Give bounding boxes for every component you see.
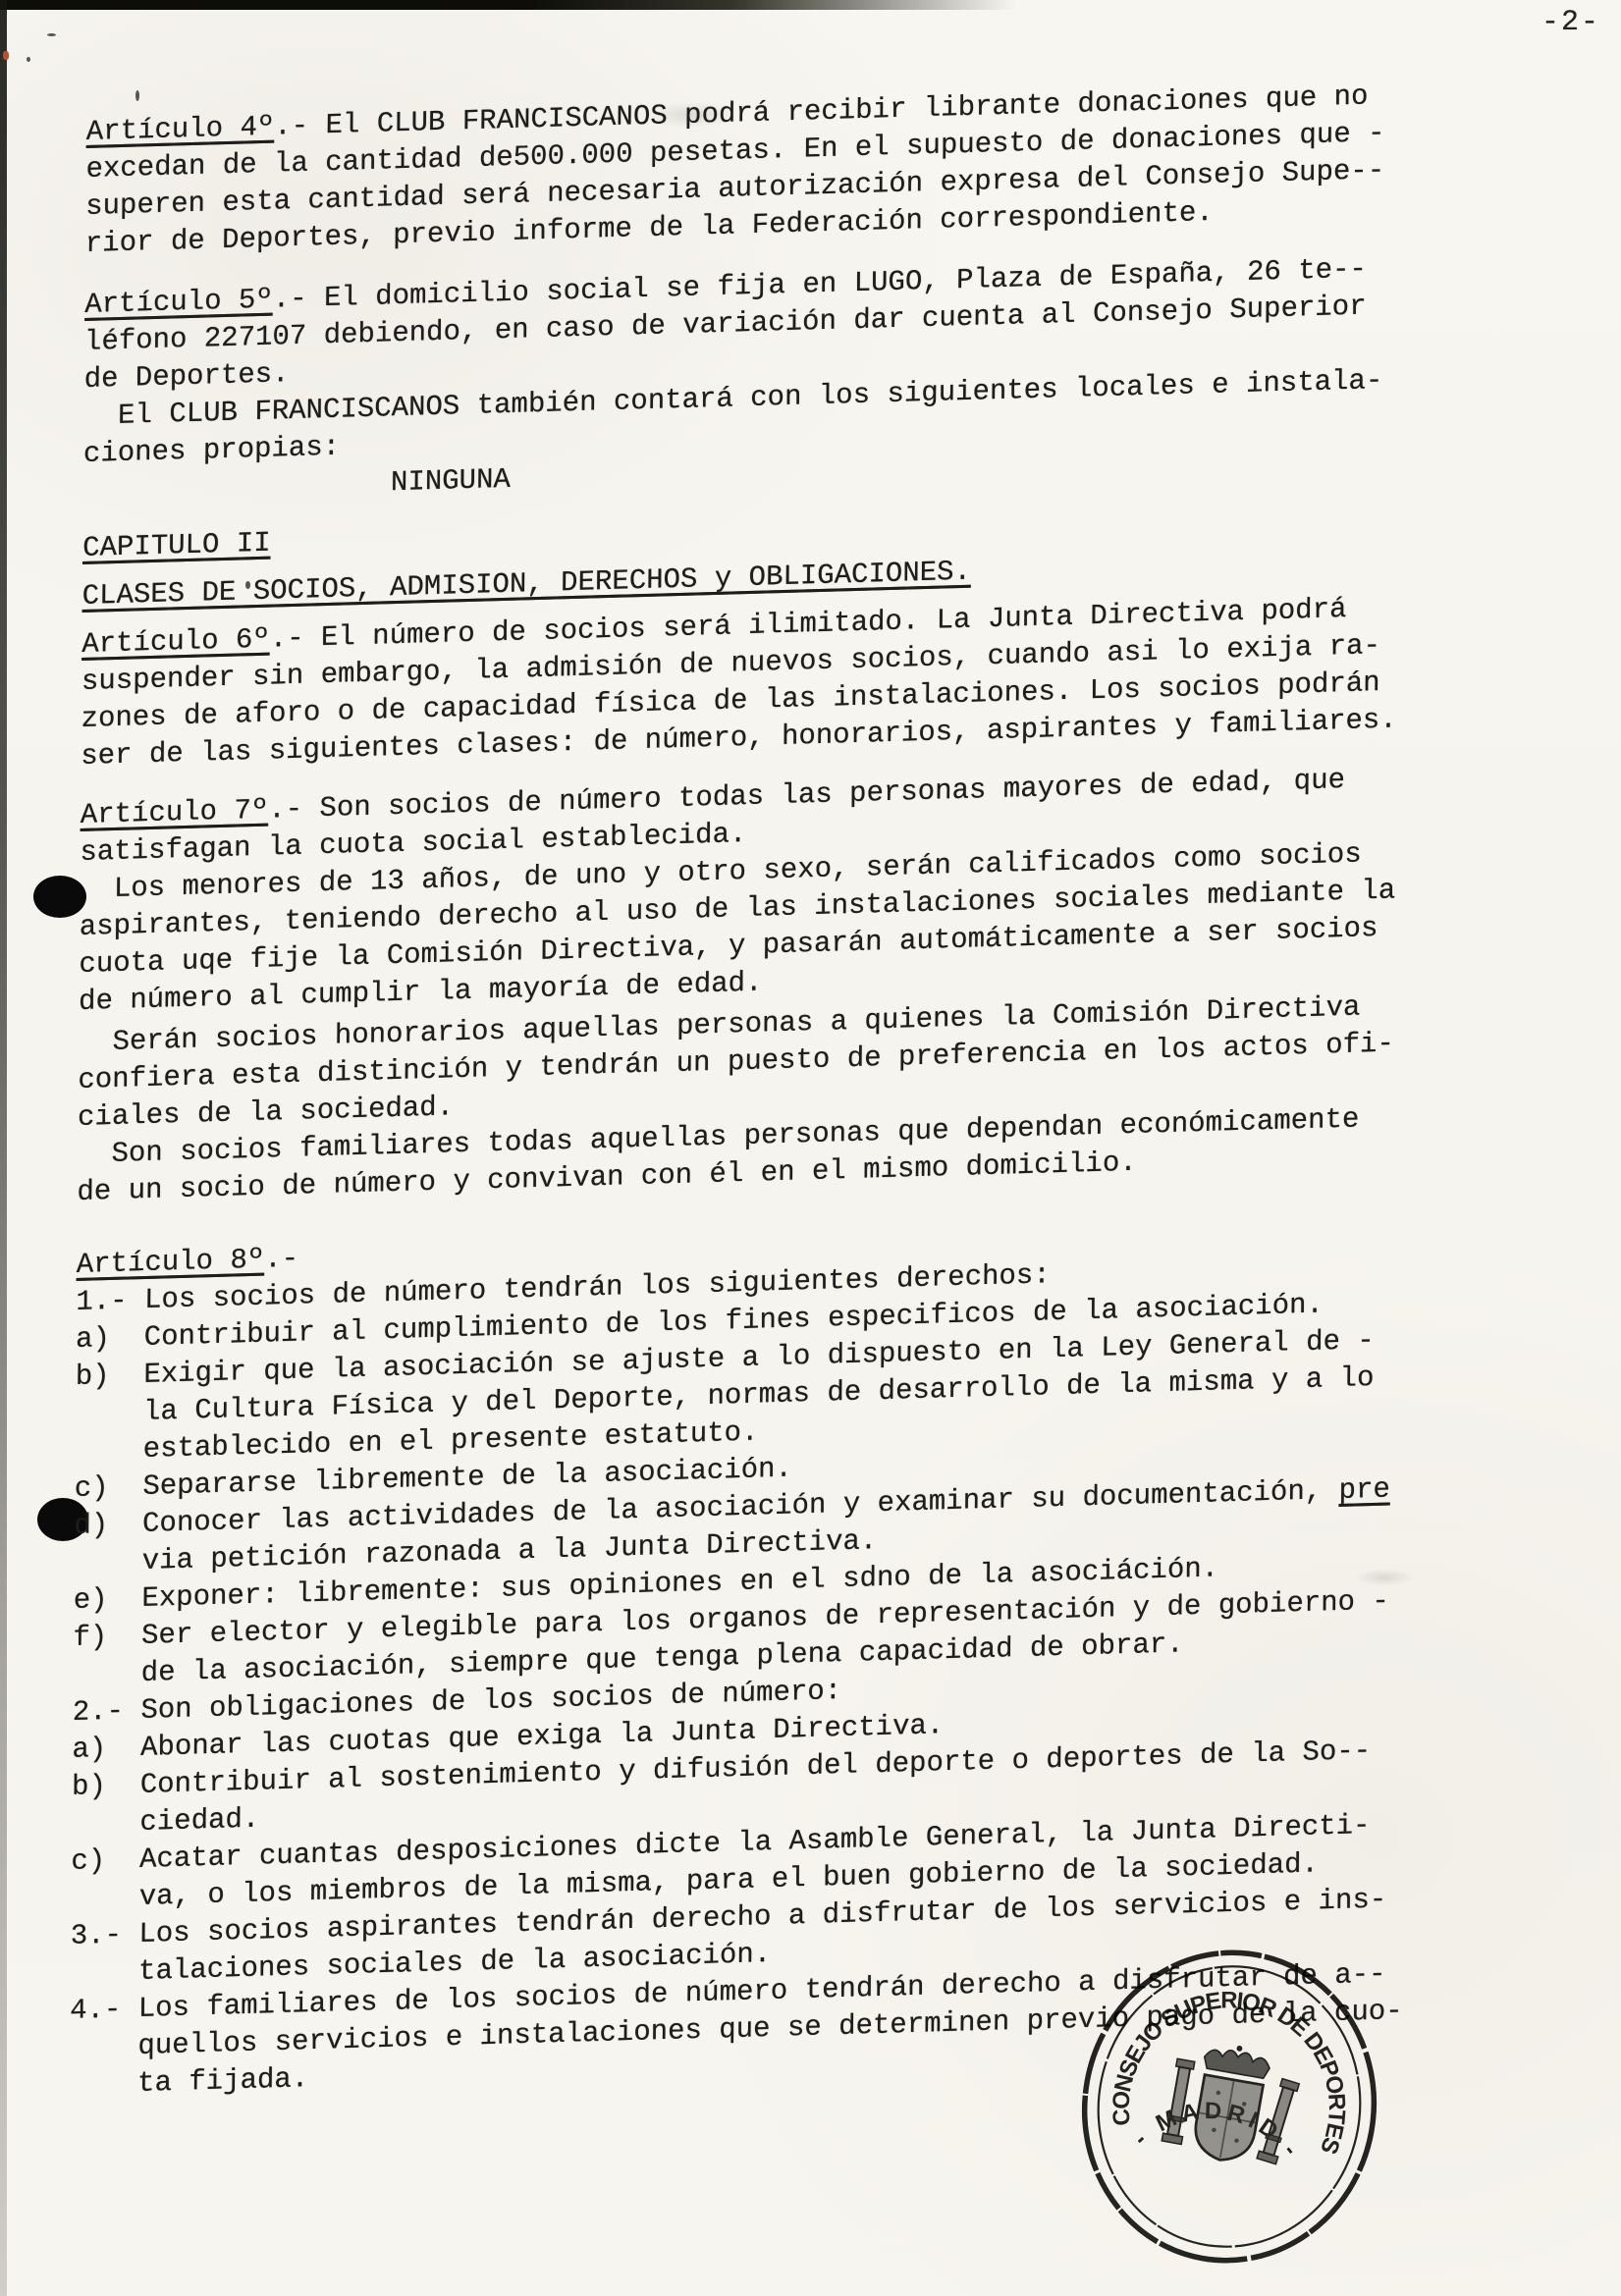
underlined-text: Artículo 8º — [77, 1244, 265, 1281]
typed-text: ciedad. — [72, 1803, 260, 1841]
underlined-text: pre — [1338, 1473, 1390, 1507]
underlined-text: Artículo 4º — [86, 111, 275, 148]
scan-artifact-left-edge — [0, 0, 7, 2296]
official-stamp: CONSEJO SUPERIOR DE DEPORTES - MADRID - — [1053, 1930, 1406, 2283]
typed-text: ciones propias: — [83, 431, 340, 470]
scan-artifact-speck — [135, 90, 139, 101]
scanned-page: -2- Artículo 4º.- El CLUB FRANCISCANOS p… — [0, 0, 1621, 2296]
page-number: -2- — [1541, 6, 1600, 39]
scan-artifact-top-bar — [0, 0, 1016, 10]
hole-punch-mark — [33, 876, 86, 918]
typed-text: ta fijada. — [69, 2062, 308, 2102]
underlined-text: Artículo 5º — [84, 284, 273, 321]
underlined-text: Artículo 7º — [81, 794, 269, 831]
underlined-text: CLASES DE SOCIOS, ADMISION, DERECHOS y O… — [82, 556, 971, 613]
underlined-text: CAPITULO II — [82, 527, 271, 564]
typed-text: de Deportes. — [83, 357, 289, 396]
scan-artifact-speck — [27, 57, 30, 62]
typed-text: .- — [264, 1243, 298, 1276]
document-text: Artículo 4º.- El CLUB FRANCISCANOS podrá… — [69, 77, 1420, 2105]
underlined-text: Artículo 6º — [81, 623, 270, 661]
scan-artifact-speck — [3, 51, 9, 60]
scan-artifact-speck — [47, 33, 56, 36]
